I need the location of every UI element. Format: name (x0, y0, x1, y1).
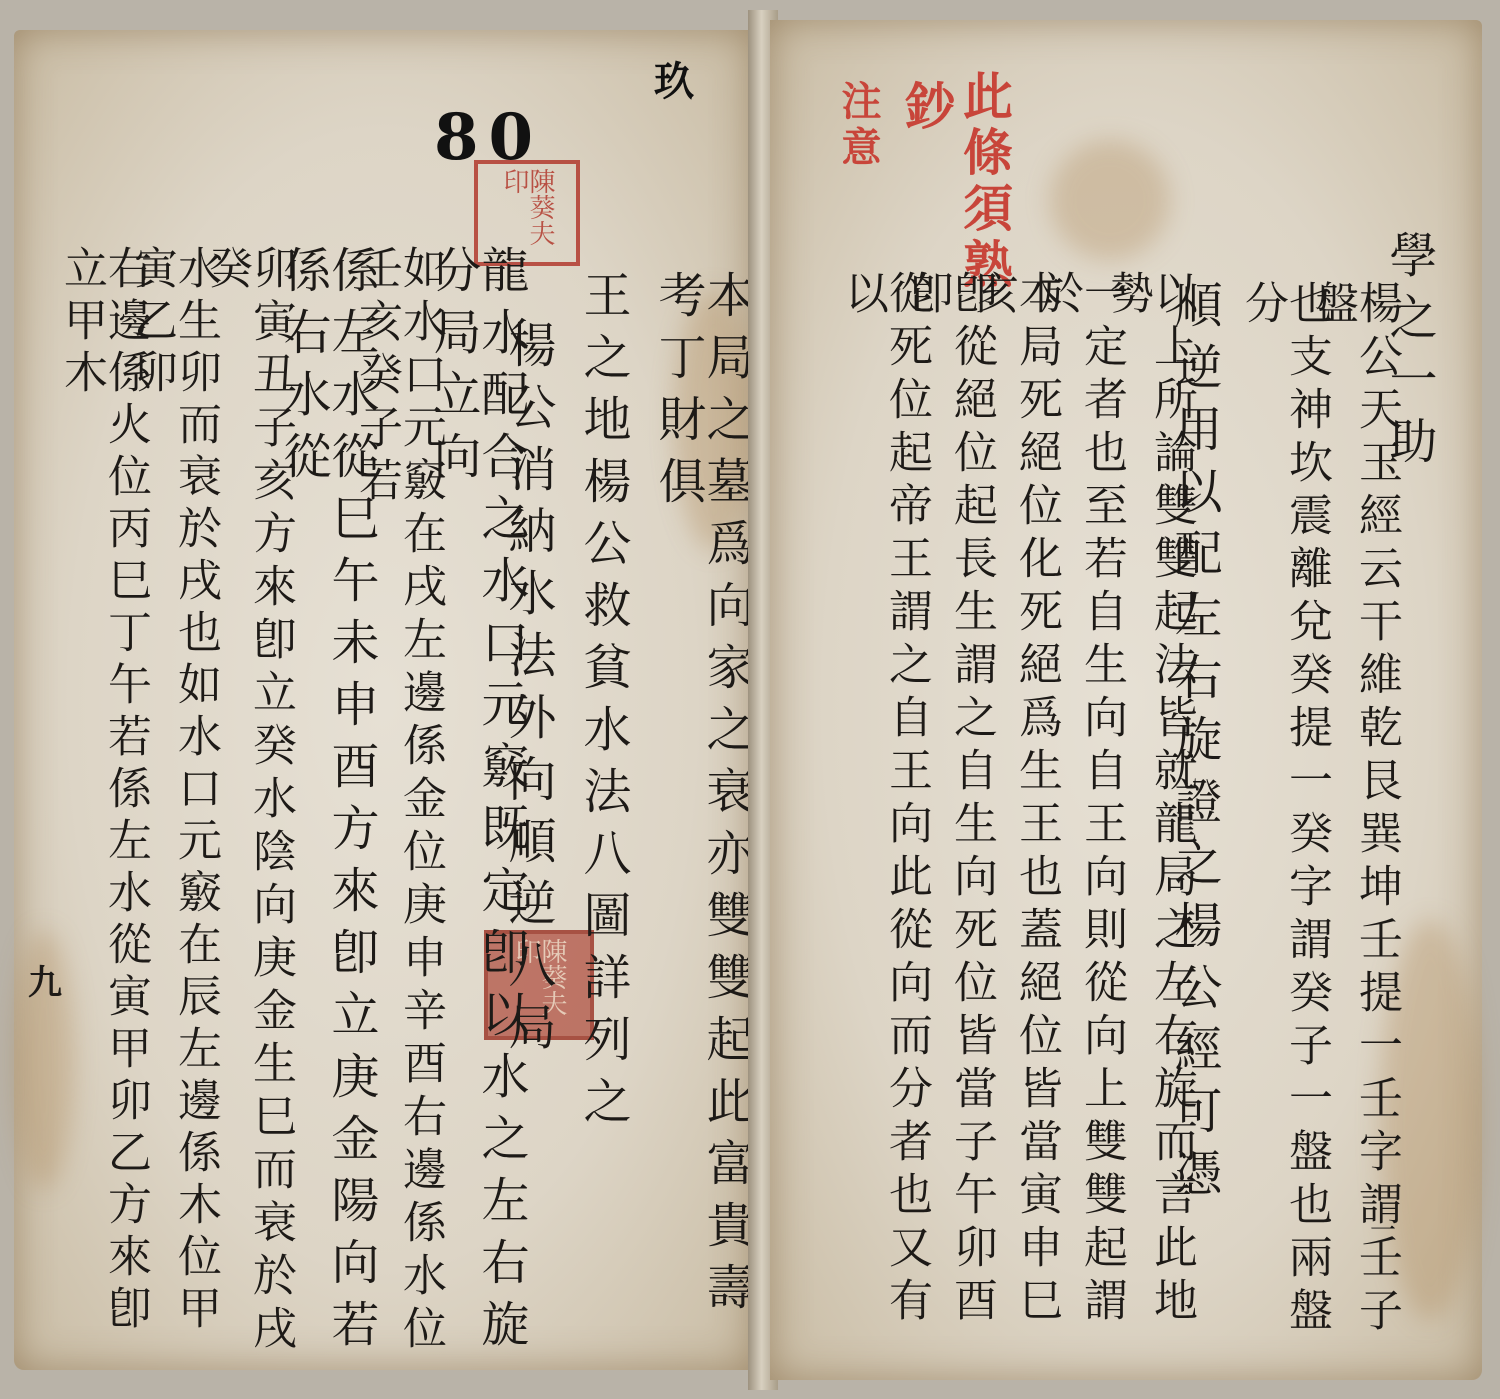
text-column-9: 右邊係火位丙巳丁午若係左水從寅甲卯乙方來卽立甲木 (59, 245, 147, 1370)
text-column-1: 本局之墓爲向家之衰亦雙雙起此富貴壽考丁財俱 (654, 270, 750, 1370)
water-stain (1050, 140, 1170, 260)
left-page: 玖 80 陳葵夫印 陳葵夫印 本局之墓爲向家之衰亦雙雙起此富貴壽考丁財俱 王之地… (14, 30, 752, 1370)
top-mark: 玖 (654, 50, 694, 107)
side-numeral: 九 (28, 955, 62, 1004)
red-annotation-3: 注意 (830, 80, 887, 172)
red-annotation-2: 鈔 (890, 80, 962, 136)
text-column-9: 從死位起帝王謂之自王向此從向而分者也又有以 (840, 270, 928, 1380)
open-book: 玖 80 陳葵夫印 陳葵夫印 本局之墓爲向家之衰亦雙雙起此富貴壽考丁財俱 王之地… (0, 0, 1500, 1399)
text-column-2: 王之地楊公救貧水法八圖詳列之 (579, 270, 627, 1138)
right-page: 此條須熟 鈔 注意 學之一助 楊公天玉經云干維乾艮巽坤壬提一壬字謂壬子盤 也支神… (770, 20, 1482, 1380)
text-column-3: 也支神坎震離兌癸提一癸字謂癸子一盤也兩盤分 (1240, 280, 1328, 1380)
margin-mark: 一 (1370, 1210, 1396, 1247)
